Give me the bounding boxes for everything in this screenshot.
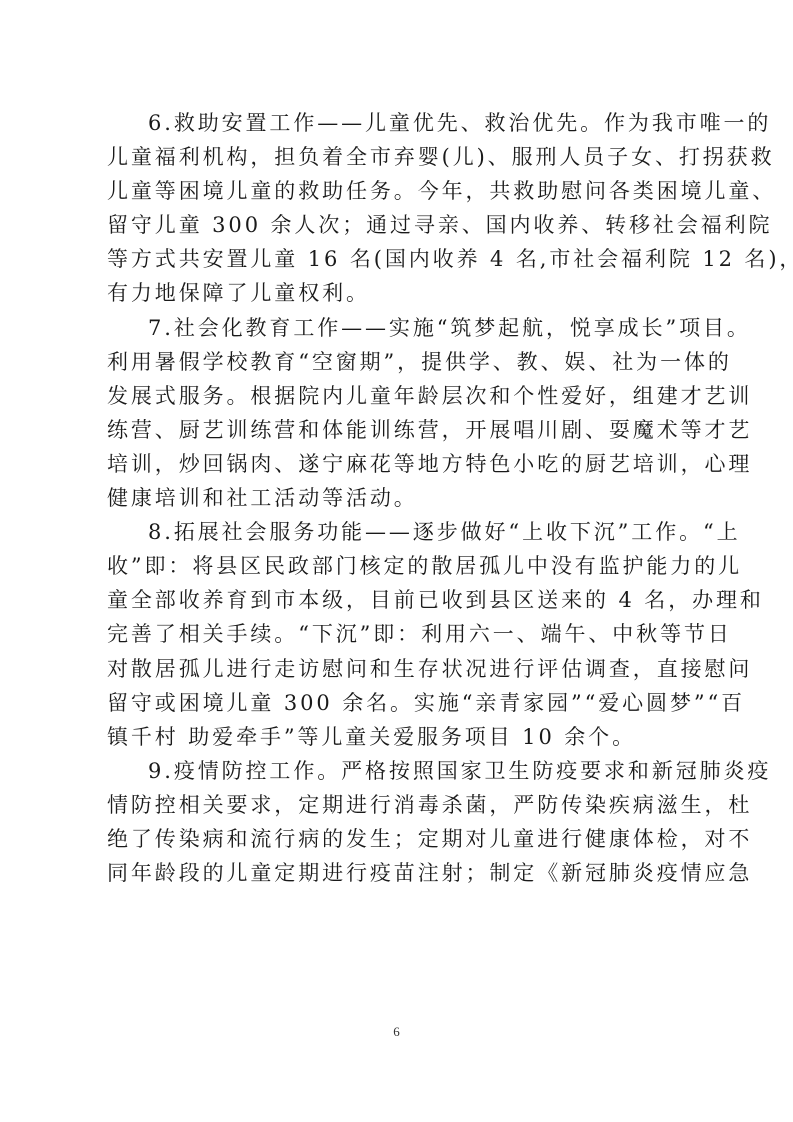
paragraph-epidemic-control: 9.疫情防控工作。严格按照国家卫生防疫要求和新冠肺炎疫 情防控相关要求，定期进行… — [107, 754, 692, 890]
text-line: 同年龄段的儿童定期进行疫苗注射；制定《新冠肺炎疫情应急 — [107, 856, 692, 890]
paragraph-rescue-placement: 6.救助安置工作——儿童优先、救治优先。作为我市唯一的 儿童福利机构，担负着全市… — [107, 106, 692, 311]
text-line: 收”即：将县区民政部门核定的散居孤儿中没有监护能力的儿 — [107, 549, 692, 583]
text-line: 有力地保障了儿童权利。 — [107, 276, 692, 310]
text-line: 留守儿童 300 余人次；通过寻亲、国内收养、转移社会福利院 — [107, 208, 692, 242]
text-line: 健康培训和社工活动等活动。 — [107, 481, 692, 515]
text-line: 情防控相关要求，定期进行消毒杀菌，严防传染疾病滋生，杜 — [107, 788, 692, 822]
text-line: 发展式服务。根据院内儿童年龄层次和个性爱好，组建才艺训 — [107, 379, 692, 413]
text-line: 8.拓展社会服务功能——逐步做好“上收下沉”工作。“上 — [107, 515, 692, 549]
text-line: 等方式共安置儿童 16 名(国内收养 4 名,市社会福利院 12 名)， — [107, 242, 692, 276]
text-line: 7.社会化教育工作——实施“筑梦起航，悦享成长”项目。 — [107, 311, 692, 345]
text-line: 留守或困境儿童 300 余名。实施“亲青家园”“爱心圆梦”“百 — [107, 686, 692, 720]
text-line: 9.疫情防控工作。严格按照国家卫生防疫要求和新冠肺炎疫 — [107, 754, 692, 788]
text-line: 6.救助安置工作——儿童优先、救治优先。作为我市唯一的 — [107, 106, 692, 140]
document-body: 6.救助安置工作——儿童优先、救治优先。作为我市唯一的 儿童福利机构，担负着全市… — [107, 106, 692, 890]
text-line: 练营、厨艺训练营和体能训练营，开展唱川剧、耍魔术等才艺 — [107, 413, 692, 447]
text-line: 对散居孤儿进行走访慰问和生存状况进行评估调查，直接慰问 — [107, 652, 692, 686]
text-line: 童全部收养育到市本级，目前已收到县区送来的 4 名，办理和 — [107, 583, 692, 617]
text-line: 儿童等困境儿童的救助任务。今年，共救助慰问各类困境儿童、 — [107, 174, 692, 208]
text-line: 完善了相关手续。“下沉”即：利用六一、端午、中秋等节日 — [107, 617, 692, 651]
text-line: 绝了传染病和流行病的发生；定期对儿童进行健康体检，对不 — [107, 822, 692, 856]
paragraph-social-service: 8.拓展社会服务功能——逐步做好“上收下沉”工作。“上 收”即：将县区民政部门核… — [107, 515, 692, 754]
text-line: 镇千村 助爱牵手”等儿童关爱服务项目 10 余个。 — [107, 720, 692, 754]
paragraph-social-education: 7.社会化教育工作——实施“筑梦起航，悦享成长”项目。 利用暑假学校教育“空窗期… — [107, 311, 692, 516]
page-number: 6 — [0, 1024, 793, 1040]
text-line: 儿童福利机构，担负着全市弃婴(儿)、服刑人员子女、打拐获救 — [107, 140, 692, 174]
text-line: 利用暑假学校教育“空窗期”，提供学、教、娱、社为一体的 — [107, 345, 692, 379]
text-line: 培训，炒回锅肉、遂宁麻花等地方特色小吃的厨艺培训，心理 — [107, 447, 692, 481]
